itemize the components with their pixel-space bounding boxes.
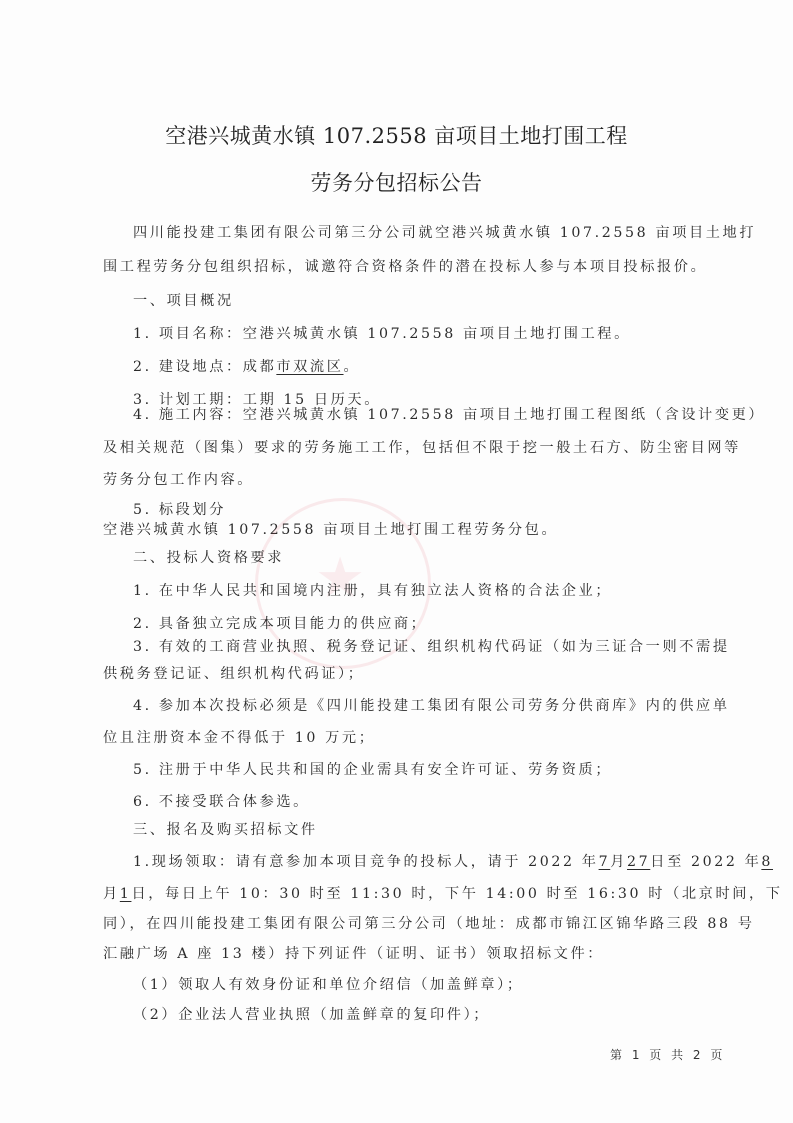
intro-paragraph-line2: 围工程劳务分包组织招标，诚邀符合资格条件的潜在投标人参与本项目投标报价。 [103,257,707,277]
section2-item1: 1. 在中华人民共和国境内注册，具有独立法人资格的合法企业； [133,581,612,601]
section3-item1-text-c: 日至 2022 年 [650,854,761,870]
section3-item1-text-a: 1.现场领取：请有意参加本项目竞争的投标人，请于 2022 年 [133,854,599,870]
section3-item1-text-d: 月 [103,886,120,902]
section1-item4-line2: 及相关规范（图集）要求的劳务施工工作，包括但不限于挖一般土石方、防尘密目网等 [103,438,741,458]
section1-item5: 5. 标段划分 [133,500,226,520]
section3-item1-line3: 同），在四川能投建工集团有限公司第三分公司（地址：成都市锦江区锦华路三段 88 … [103,914,755,934]
section1-item4-line1: 4. 施工内容：空港兴城黄水镇 107.2558 亩项目土地打围工程图纸（含设计… [133,405,765,425]
section3-sub2: （2）企业法人营业执照（加盖鲜章的复印件）； [133,1005,490,1025]
section2-item6: 6. 不接受联合体参选。 [133,792,310,812]
section3-item1-text-e: 日，每日上午 10：30 时至 11:30 时，下午 14:00 时至 16:3… [131,886,782,902]
section2-item3-line2: 供税务登记证、组织机构代码证）； [103,664,365,684]
section1-item2-suffix: 。 [344,359,361,375]
section3-item1-line2: 月1日，每日上午 10：30 时至 11:30 时，下午 14:00 时至 16… [103,884,783,904]
section3-item1-line4: 汇融广场 A 座 13 楼）持下列证件（证明、证书）领取招标文件： [103,944,604,964]
section3-item1-text-b: 月 [610,854,627,870]
section2-item2: 2. 具备独立完成本项目能力的供应商； [133,614,427,634]
section2-item4-line1: 4. 参加本次投标必须是《四川能投建工集团有限公司劳务分供商库》内的供应单 [133,696,730,716]
section1-item1: 1. 项目名称：空港兴城黄水镇 107.2558 亩项目土地打围工程。 [133,324,631,344]
end-day: 1 [120,886,132,902]
section2-item3-line1: 3. 有效的工商营业执照、税务登记证、组织机构代码证（如为三证合一则不需提 [133,637,730,657]
section3-item1-line1: 1.现场领取：请有意参加本项目竞争的投标人，请于 2022 年7月27日至 20… [133,852,773,872]
section2-item4-line2: 位且注册资本金不得低于 10 万元； [103,728,376,748]
document-title-line1: 空港兴城黄水镇 107.2558 亩项目土地打围工程 [0,120,793,150]
section1-heading: 一、项目概况 [133,291,234,311]
section1-item2: 2. 建设地点：成都市双流区。 [133,357,360,377]
document-page: 空港兴城黄水镇 107.2558 亩项目土地打围工程 劳务分包招标公告 四川能投… [0,0,793,1123]
section1-item4-line3: 劳务分包工作内容。 [103,470,254,490]
end-month: 8 [761,854,773,870]
page-number-footer: 第 1 页 共 2 页 [610,1046,725,1063]
document-title-line2: 劳务分包招标公告 [0,167,793,197]
section1-item5-detail: 空港兴城黄水镇 107.2558 亩项目土地打围工程劳务分包。 [103,520,558,540]
intro-paragraph-line1: 四川能投建工集团有限公司第三分公司就空港兴城黄水镇 107.2558 亩项目土地… [133,223,756,243]
seal-star-icon: ★ [315,546,365,611]
location-underlined: 市双流区 [276,359,343,375]
section2-heading: 二、投标人资格要求 [133,548,284,568]
section3-sub1: （1）领取人有效身份证和单位介绍信（加盖鲜章）； [133,975,524,995]
section1-item2-prefix: 2. 建设地点：成都 [133,359,276,375]
section3-heading: 三、报名及购买招标文件 [133,820,318,840]
section2-item5: 5. 注册于中华人民共和国的企业需具有安全许可证、劳务资质； [133,760,612,780]
start-month: 7 [599,854,611,870]
start-day: 27 [627,854,650,870]
